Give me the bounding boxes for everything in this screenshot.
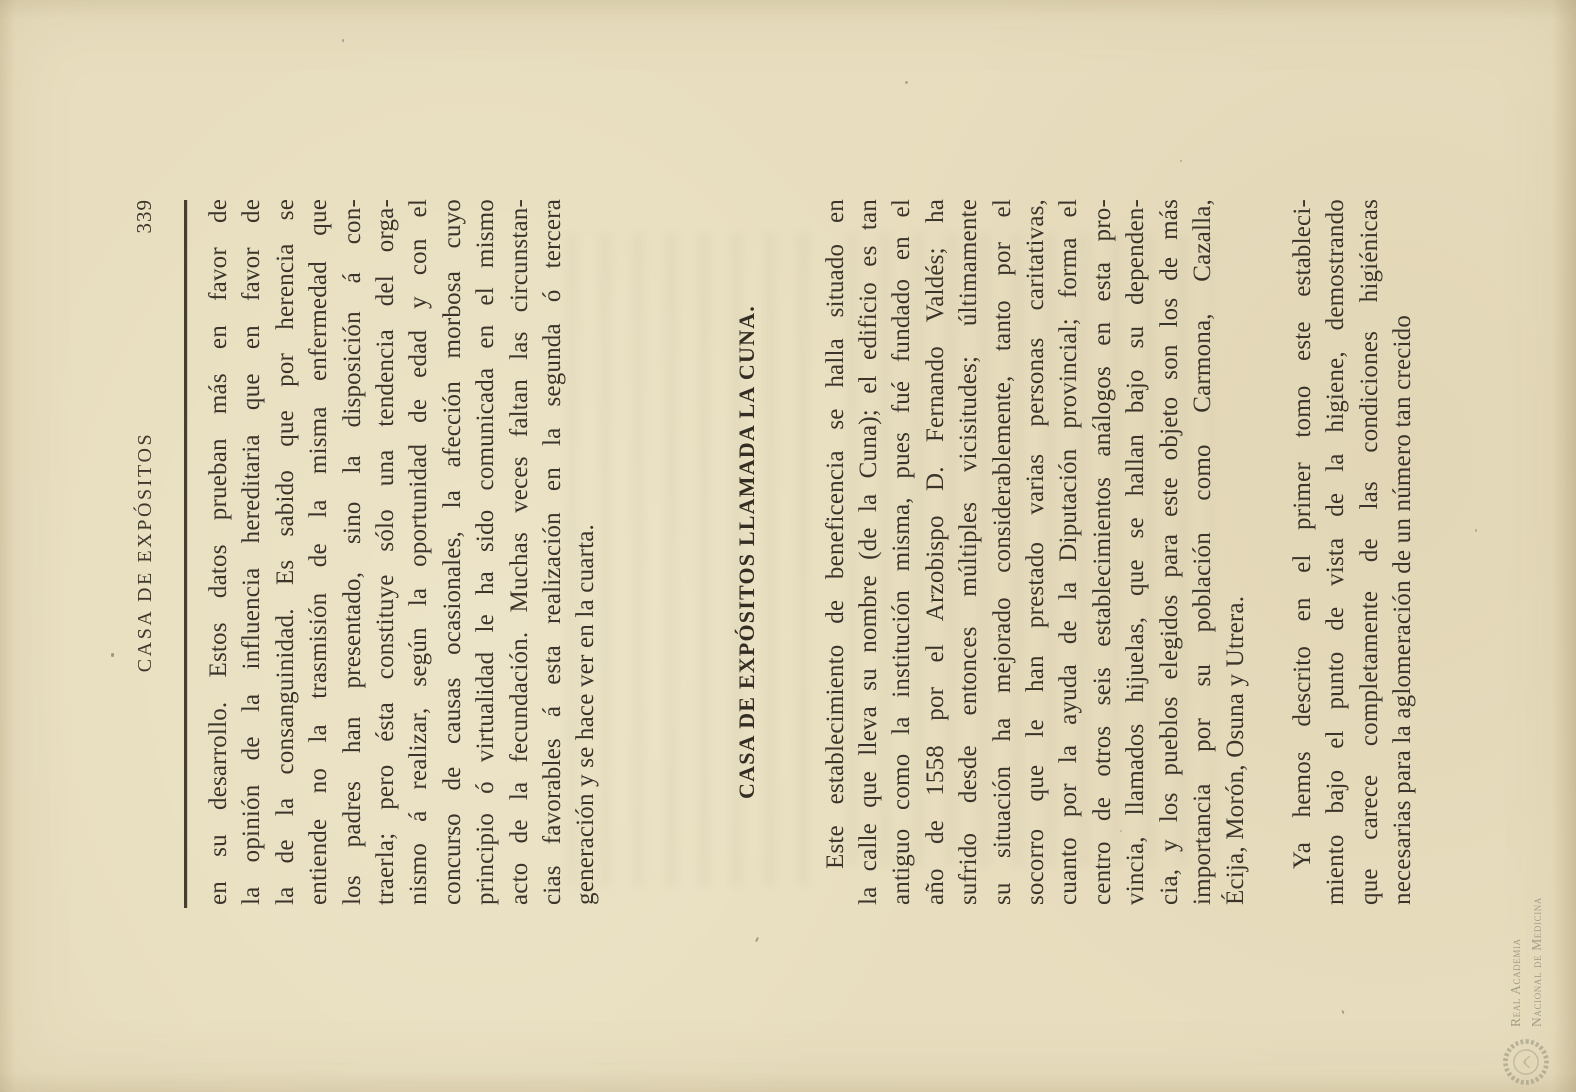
scanned-book-page: CASA DE EXPÓSITOS 339 en su desarrollo. … [0, 0, 1576, 1092]
paragraph-continuation: en su desarrollo. Estos datos prueban má… [202, 199, 603, 905]
text-line: cia, y los pueblos elegidos para este ob… [1153, 199, 1186, 905]
text-line: entiende no la trasmisión de la misma en… [302, 199, 335, 905]
text-line: vincia, llamados hijuelas, que se hallan… [1119, 199, 1152, 905]
text-line: cuanto por la ayuda de la Diputación pro… [1052, 199, 1085, 905]
text-line: Este establecimiento de beneficencia se … [819, 199, 852, 905]
text-line: principio ó virtualidad le ha sido comun… [469, 199, 502, 905]
paper-speck [1180, 160, 1182, 162]
text-line: Ya hemos descrito en el primer tomo este… [1286, 199, 1319, 905]
paragraph: Este establecimiento de beneficencia se … [819, 199, 1253, 905]
paper-speck [111, 653, 114, 657]
text-line: en su desarrollo. Estos datos prueban má… [202, 199, 235, 905]
paragraph: Ya hemos descrito en el primer tomo este… [1286, 199, 1420, 905]
text-line: necesarias para la aglomeración de un nú… [1386, 199, 1419, 905]
body-text: en su desarrollo. Estos datos prueban má… [202, 199, 1419, 905]
text-line: centro de otros seis establecimientos an… [1086, 199, 1119, 905]
text-line: generación y se hace ver en la cuarta. [569, 199, 602, 905]
text-line: su situación ha mejorado considerablemen… [986, 199, 1019, 905]
text-line: la calle que lleva su nombre (de la Cuna… [852, 199, 885, 905]
watermark-text: Real Academia Nacional de Medicina [1505, 897, 1547, 1027]
paper-speck [905, 81, 908, 84]
page-header: CASA DE EXPÓSITOS 339 [134, 199, 164, 905]
text-line: año de 1558 por el Arzobispo D. Fernando… [919, 199, 952, 905]
text-line: cias favorables á esta realización en la… [536, 199, 569, 905]
academy-wreath-logo [1498, 1034, 1554, 1090]
text-line: socorro que le han prestado varias perso… [1019, 199, 1052, 905]
running-title: CASA DE EXPÓSITOS [134, 199, 157, 905]
text-line: la opinión de la influencia hereditaria … [235, 199, 268, 905]
watermark-line1: Real Academia [1505, 897, 1526, 1027]
paper-speck [342, 39, 344, 42]
paper-speck [755, 937, 759, 942]
watermark-line2: Nacional de Medicina [1526, 897, 1547, 1027]
text-line: antiguo como la institución misma, pues … [885, 199, 918, 905]
text-line: miento bajo el punto de vista de la higi… [1319, 199, 1352, 905]
text-line: traerla; pero ésta constituye sólo una t… [369, 199, 402, 905]
paper-speck [1341, 1010, 1344, 1014]
text-line: los padres han presentado, sino la dispo… [336, 199, 369, 905]
section-heading: CASA DE EXPÓSITOS LLAMADA LA CUNA. [730, 199, 764, 905]
text-line: Écija, Morón, Osuna y Utrera. [1219, 199, 1252, 905]
text-line: que carece completamente de las condicio… [1353, 199, 1386, 905]
page-canvas: CASA DE EXPÓSITOS 339 en su desarrollo. … [0, 0, 1576, 1092]
page-number: 339 [132, 199, 157, 234]
paper-speck [1475, 529, 1477, 532]
text-line: importancia por su población como Carmon… [1186, 199, 1219, 905]
text-line: sufrido desde entonces múltiples vicisit… [952, 199, 985, 905]
text-line: nismo á realizar, según la oportunidad d… [402, 199, 435, 905]
text-line: acto de la fecundación. Muchas veces fal… [503, 199, 536, 905]
library-watermark: Real Academia Nacional de Medicina [1498, 897, 1554, 1090]
text-line: concurso de causas ocasionales, la afecc… [436, 199, 469, 905]
header-rule [184, 200, 187, 908]
text-line: la de la consanguinidad. Es sabido que p… [269, 199, 302, 905]
